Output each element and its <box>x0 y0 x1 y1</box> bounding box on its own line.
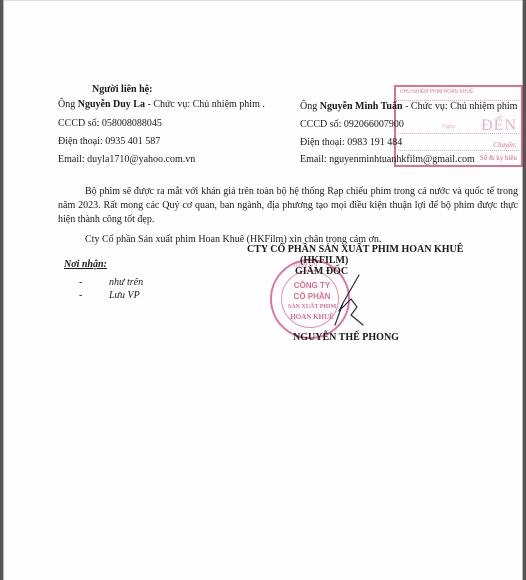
contact-right-email: Email: nguyenminhtuanhkfilm@gmail.com <box>300 154 475 166</box>
received-stamp-bottom: Số & ký hiệu <box>480 154 517 162</box>
contact-left-name-line: Ông Nguyễn Duy La - Chức vụ: Chủ nhiệm p… <box>58 99 265 111</box>
contact-left-role: - Chức vụ: Chủ nhiệm phim . <box>145 99 265 110</box>
contact-left-id: CCCD số: 058008088045 <box>58 118 162 130</box>
recipient-item: -Lưu VP <box>79 290 140 302</box>
contact-right-prefix: Ông <box>300 101 320 112</box>
contact-left-name: Nguyễn Duy La <box>78 99 145 110</box>
contact-right-phone: Điện thoại: 0983 191 484 <box>300 137 402 149</box>
bullet-dash: - <box>79 290 109 302</box>
contacts-heading: Người liên hệ: <box>92 84 152 96</box>
contact-left-prefix: Ông <box>58 99 78 110</box>
contact-right-id: CCCD số: 092066007900 <box>300 119 404 131</box>
bullet-dash: - <box>79 277 109 289</box>
signature-company-line-1: CTY CỔ PHẦN SẢN XUẤT PHIM HOAN KHUÊ <box>247 244 463 256</box>
stamp-divider <box>398 150 519 151</box>
contact-right-role: - Chức vụ: Chủ nhiệm phim <box>403 101 518 112</box>
body-paragraph-1: Bộ phim sẽ được ra mắt với khán giả trên… <box>58 185 518 227</box>
contact-right-name: Nguyễn Minh Tuấn <box>320 101 403 112</box>
contact-left-phone: Điện thoại: 0935 401 587 <box>58 136 160 148</box>
contact-left-email: Email: duyla1710@yahoo.com.vn <box>58 154 195 166</box>
received-stamp-header: CHỦ NHIỆM PHIM HOAN KHUÊ <box>400 89 473 95</box>
recipients-label: Nơi nhận: <box>64 259 107 271</box>
recipient-text: Lưu VP <box>109 290 140 301</box>
signer-name: NGUYỄN THẾ PHONG <box>293 332 399 344</box>
received-stamp-date-label: Ngày: <box>442 124 457 130</box>
recipient-item: -như trên <box>79 277 143 289</box>
stamp-divider <box>398 133 519 134</box>
received-stamp-forward-label: Chuyển: <box>493 141 517 149</box>
recipient-text: như trên <box>109 277 143 288</box>
document-page: CHỦ NHIỆM PHIM HOAN KHUÊ ĐẾN Ngày: Chuyể… <box>4 1 522 580</box>
handwritten-signature <box>329 273 369 328</box>
contact-right-name-line: Ông Nguyễn Minh Tuấn - Chức vụ: Chủ nhiệ… <box>300 101 517 113</box>
